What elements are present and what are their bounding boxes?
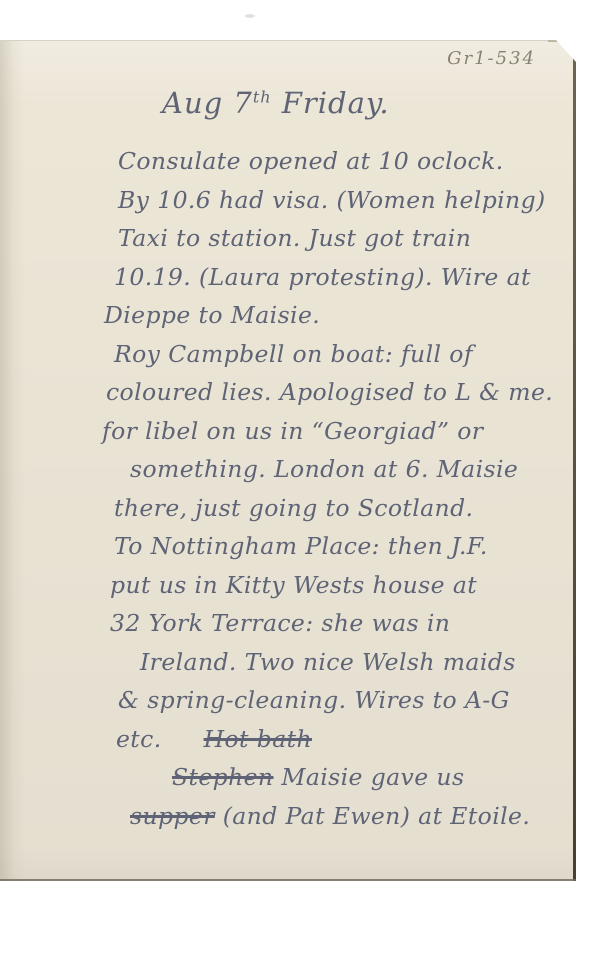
text-segment: Consulate opened at 10 oclock. <box>118 147 504 175</box>
struck-text: supper <box>130 802 215 830</box>
diary-line: Ireland. Two nice Welsh maids <box>140 643 562 682</box>
text-segment: Taxi to station. Just got train <box>118 224 471 252</box>
entry-date-prefix: Aug 7 <box>162 86 253 120</box>
diary-line: put us in Kitty Wests house at <box>110 566 562 605</box>
text-segment: (and Pat Ewen) at Etoile. <box>215 802 530 830</box>
text-segment: Ireland. Two nice Welsh maids <box>140 648 516 676</box>
page-edge-bottom <box>0 879 576 881</box>
diary-line: something. London at 6. Maisie <box>130 450 562 489</box>
text-segment: To Nottingham Place: then J.F. <box>114 532 488 560</box>
diary-line: 10.19. (Laura protesting). Wire at <box>114 258 562 297</box>
struck-text: Hot bath <box>204 725 312 753</box>
entry-date-heading: Aug 7th Friday. <box>162 86 390 120</box>
diary-line: supper (and Pat Ewen) at Etoile. <box>130 797 562 836</box>
text-segment: 10.19. (Laura protesting). Wire at <box>114 263 531 291</box>
diary-line: Dieppe to Maisie. <box>104 296 562 335</box>
diary-line: To Nottingham Place: then J.F. <box>114 527 562 566</box>
diary-line: etc.Hot bath <box>116 720 562 759</box>
diary-line: coloured lies. Apologised to L & me. <box>106 373 562 412</box>
text-segment: for libel on us in “Georgiad” or <box>102 417 483 445</box>
diary-line: Taxi to station. Just got train <box>118 219 562 258</box>
struck-text: Stephen <box>172 763 273 791</box>
text-segment: Dieppe to Maisie. <box>104 301 320 329</box>
paper-smudge <box>245 14 255 18</box>
diary-body: Consulate opened at 10 oclock.By 10.6 ha… <box>112 142 562 835</box>
text-segment: Maisie gave us <box>273 763 464 791</box>
page-edge-right <box>573 58 576 881</box>
diary-line: By 10.6 had visa. (Women helping) <box>118 181 562 220</box>
diary-line: 32 York Terrace: she was in <box>110 604 562 643</box>
diary-line: Roy Campbell on boat: full of <box>114 335 562 374</box>
diary-line: for libel on us in “Georgiad” or <box>102 412 562 451</box>
text-segment: & spring-cleaning. Wires to A-G <box>118 686 510 714</box>
archive-code: Gr1-534 <box>447 48 536 69</box>
diary-page: Gr1-534 Aug 7th Friday. Consulate opened… <box>0 40 576 881</box>
text-segment: something. London at 6. Maisie <box>130 455 518 483</box>
text-segment: there, just going to Scotland. <box>114 494 473 522</box>
text-segment: put us in Kitty Wests house at <box>110 571 477 599</box>
diary-line: Stephen Maisie gave us <box>172 758 562 797</box>
entry-date-ordinal: th <box>253 87 272 106</box>
text-segment: By 10.6 had visa. (Women helping) <box>118 186 546 214</box>
diary-line: & spring-cleaning. Wires to A-G <box>118 681 562 720</box>
text-segment: etc. <box>116 725 162 753</box>
diary-line: Consulate opened at 10 oclock. <box>118 142 562 181</box>
page-edge-top <box>0 40 552 41</box>
text-segment: 32 York Terrace: she was in <box>110 609 450 637</box>
entry-date-suffix: Friday. <box>272 86 390 120</box>
text-segment: coloured lies. Apologised to L & me. <box>106 378 553 406</box>
diary-line: there, just going to Scotland. <box>114 489 562 528</box>
text-segment: Roy Campbell on boat: full of <box>114 340 473 368</box>
